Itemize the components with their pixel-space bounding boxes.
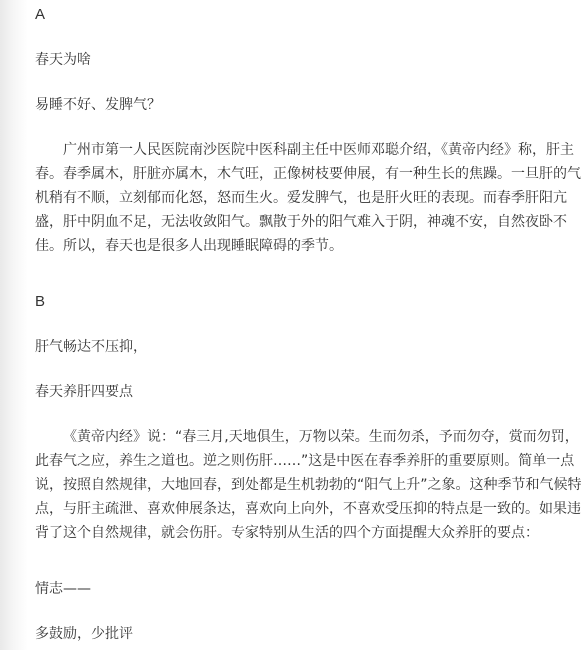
section-a-heading-1: 春天为啥 [35, 50, 91, 70]
subsection-title: 情志—— [35, 579, 91, 599]
paragraph-line: 盛，肝中阴血不足，无法收敛阳气。飘散于外的阳气难入于阴，神魂不安，自然夜卧不 [35, 210, 555, 234]
paragraph-line: 说，按照自然规律，大地回春，到处都是生机勃勃的“阳气上升”之象。这种季节和气候特 [35, 473, 555, 497]
section-a-heading-2: 易睡不好、发脾气？ [35, 95, 161, 115]
section-b-heading-1: 肝气畅达不压抑， [35, 337, 147, 357]
paragraph-line: 广州市第一人民医院南沙医院中医科副主任中医师邓聪介绍，《黄帝内经》称，肝主 [35, 138, 555, 162]
paragraph-line: 此春气之应，养生之道也。逆之则伤肝……”这是中医在春季养肝的重要原则。简单一点 [35, 449, 555, 473]
section-b-paragraph: 《黄帝内经》说：“春三月,天地俱生，万物以荣。生而勿杀，予而勿夺，赏而勿罚， 此… [35, 425, 555, 545]
section-label-a: A [35, 5, 45, 25]
paragraph-line: 佳。所以，春天也是很多人出现睡眠障碍的季节。 [35, 234, 555, 258]
paragraph-line: 《黄帝内经》说：“春三月,天地俱生，万物以荣。生而勿杀，予而勿夺，赏而勿罚， [35, 425, 555, 449]
paragraph-line: 机稍有不顺，立刻郁而化怒，怒而生火。爱发脾气，也是肝火旺的表现。而春季肝阳亢 [35, 186, 555, 210]
paragraph-line: 背了这个自然规律，就会伤肝。专家特别从生活的四个方面提醒大众养肝的要点： [35, 521, 555, 545]
section-label-b: B [35, 292, 45, 312]
section-b-heading-2: 春天养肝四要点 [35, 382, 133, 402]
paragraph-line: 春。春季属木，肝脏亦属木，木气旺，正像树枝要伸展，有一种生长的焦躁。一旦肝的气 [35, 162, 555, 186]
paragraph-line: 点，与肝主疏泄、喜欢伸展条达，喜欢向上向外，不喜欢受压抑的特点是一致的。如果违 [35, 497, 555, 521]
section-a-paragraph: 广州市第一人民医院南沙医院中医科副主任中医师邓聪介绍，《黄帝内经》称，肝主 春。… [35, 138, 555, 258]
subsection-subtitle: 多鼓励，少批评 [35, 624, 133, 644]
